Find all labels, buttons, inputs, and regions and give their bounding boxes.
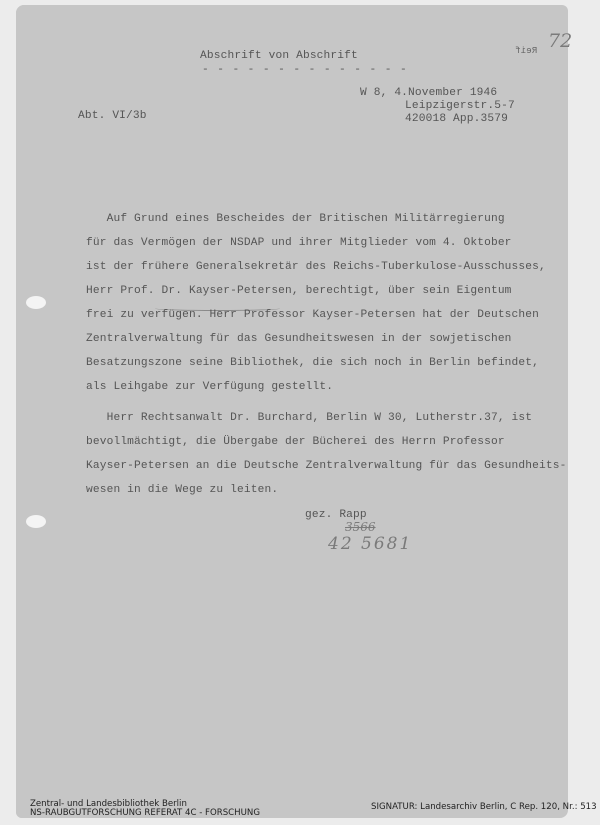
text-line: ist der frühere Generalsekretär des Reic… [86, 261, 546, 273]
text-line: wesen in die Wege zu leiten. [86, 484, 278, 496]
document-heading: Abschrift von Abschrift [200, 50, 358, 62]
handwritten-page-number: 72 [548, 30, 572, 52]
footer-signature: SIGNATUR: Landesarchiv Berlin, C Rep. 12… [371, 802, 597, 812]
text-line: frei zu verfügen. Herr Professor Kayser-… [86, 309, 539, 321]
text-line: als Leihgabe zur Verfügung gestellt. [86, 381, 333, 393]
text-line: Herr Rechtsanwalt Dr. Burchard, Berlin W… [86, 412, 532, 424]
footer-department: NS-RAUBGUTFORSCHUNG REFERAT 4C - FORSCHU… [30, 808, 260, 818]
text-line: Herr Prof. Dr. Kayser-Petersen, berechti… [86, 285, 512, 297]
text-line: für das Vermögen der NSDAP und ihrer Mit… [86, 237, 512, 249]
handwritten-number-1: 3566 [345, 520, 376, 534]
sender-street: Leipzigerstr.5-7 [405, 100, 515, 112]
department-label: Abt. VI/3b [78, 110, 147, 122]
text-line: Besatzungszone seine Bibliothek, die sic… [86, 357, 539, 369]
punch-hole-top [26, 296, 46, 309]
text-line: Kayser-Petersen an die Deutsche Zentralv… [86, 460, 566, 472]
heading-rule: - - - - - - - - - - - - - - [202, 64, 408, 76]
text-line: Zentralverwaltung für das Gesundheitswes… [86, 333, 512, 345]
corner-stamp: Reif [515, 46, 537, 56]
sender-place-date: W 8, 4.November 1946 [360, 87, 497, 99]
text-line: bevollmächtigt, die Übergabe der Büchere… [86, 436, 505, 448]
sender-phone: 420018 App.3579 [405, 113, 508, 125]
punch-hole-bottom [26, 515, 46, 528]
handwritten-number-2: 42 5681 [328, 534, 412, 554]
text-line: Auf Grund eines Bescheides der Britische… [86, 213, 505, 225]
